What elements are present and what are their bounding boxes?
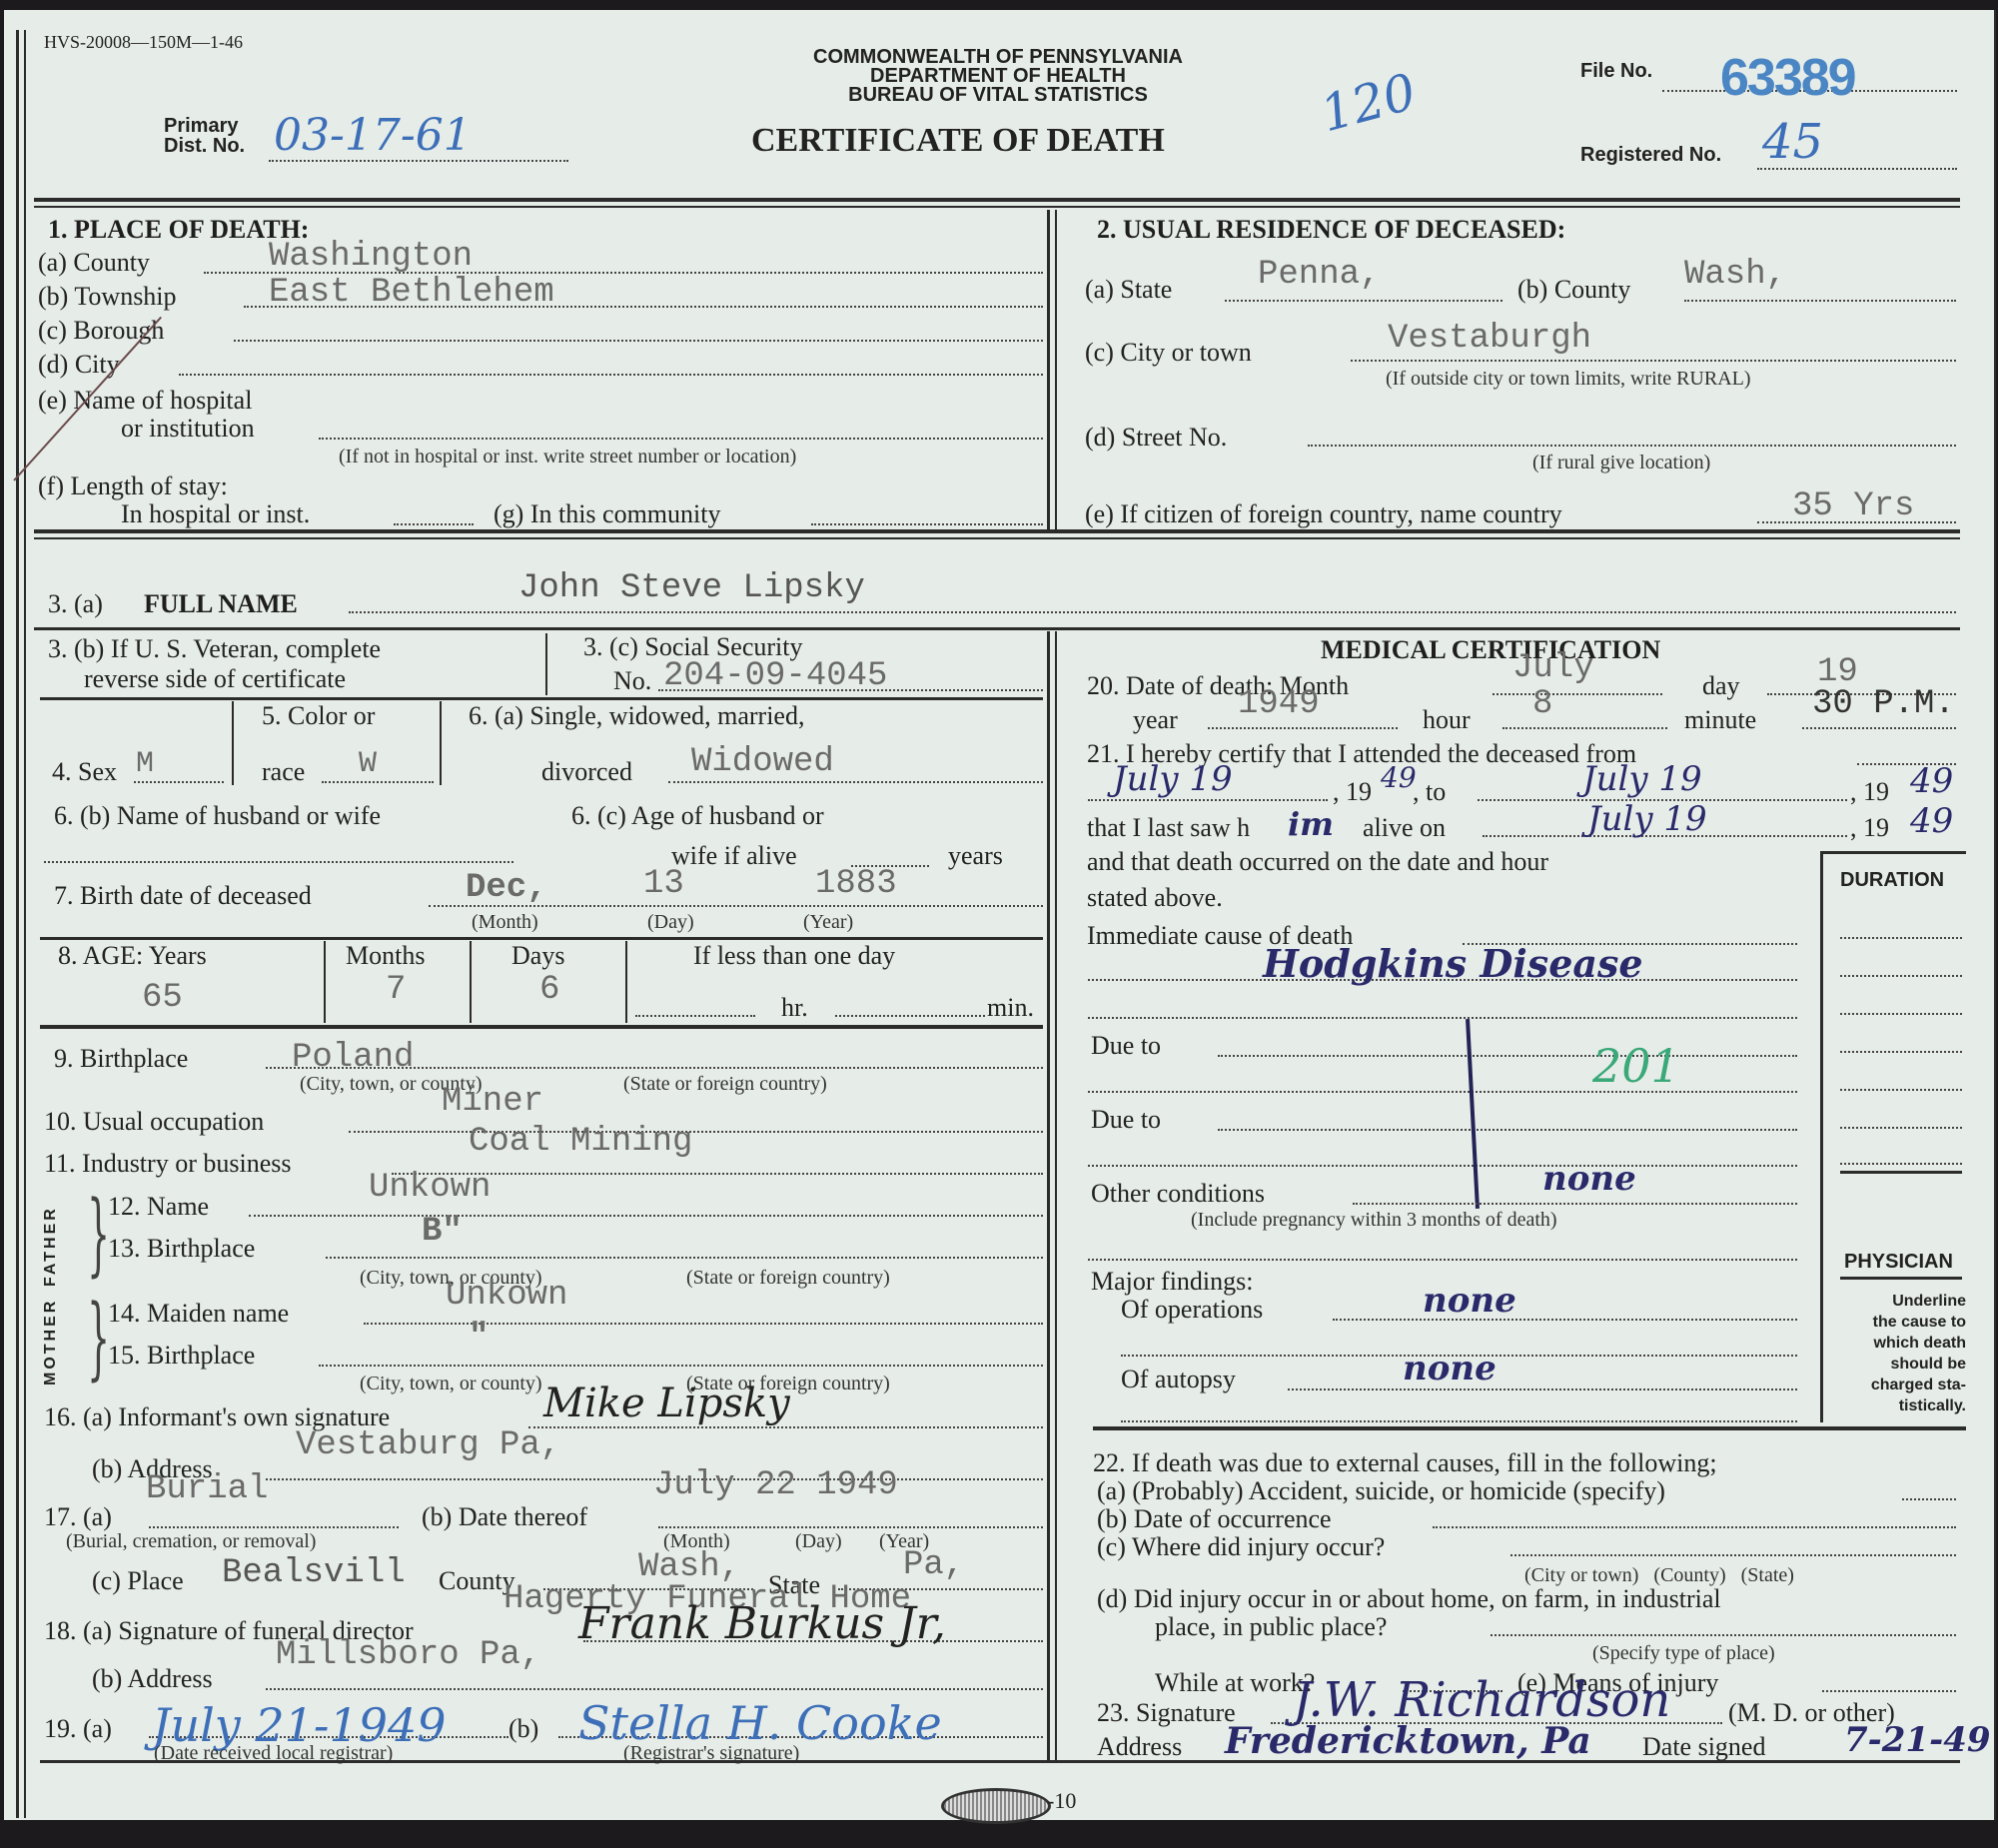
death-minute-value[interactable]: 30 P.M. (1812, 685, 1955, 723)
duration-field[interactable] (1840, 975, 1962, 977)
due-to-2-field[interactable] (1218, 1129, 1797, 1131)
birth-month[interactable]: Dec, (466, 869, 547, 907)
citizen-country-value[interactable]: 35 Yrs (1792, 487, 1914, 525)
death-certificate: HVS-20008—150M—1-46 COMMONWEALTH OF PENN… (4, 10, 1996, 1820)
file-no-label: File No. (1580, 60, 1652, 83)
pronoun-value[interactable]: im (1288, 805, 1334, 843)
father-brace-icon: } (87, 1185, 110, 1285)
means-of-injury-field[interactable] (1822, 1690, 1956, 1692)
age-days-value[interactable]: 6 (539, 971, 559, 1009)
external-d-field[interactable] (1491, 1634, 1956, 1636)
right-border (1994, 10, 1996, 1820)
marital-status-value[interactable]: Widowed (691, 743, 834, 781)
date-signed-value[interactable]: 7-21-49 (1844, 1720, 1991, 1760)
union-label-number: -10 (1047, 1788, 1076, 1814)
disposal-value[interactable]: Burial (146, 1470, 268, 1508)
burial-place-value[interactable]: Bealsvill (222, 1554, 406, 1592)
full-name-value[interactable]: John Steve Lipsky (518, 569, 865, 607)
father-name-value[interactable]: Unkown (369, 1169, 491, 1207)
birth-day[interactable]: 13 (643, 865, 684, 903)
cause-code-value: 201 (1592, 1039, 1680, 1093)
death-hour-value[interactable]: 8 (1532, 685, 1552, 723)
age-minutes-field[interactable] (835, 1015, 985, 1017)
duration-field[interactable] (1840, 1013, 1962, 1015)
residence-state[interactable]: Penna, (1258, 256, 1380, 294)
death-month-value[interactable]: July (1512, 649, 1594, 687)
informant-address-value[interactable]: Vestaburg Pa, (296, 1426, 560, 1464)
death-year-value[interactable]: 1949 (1238, 685, 1320, 723)
father-birthplace-value[interactable]: B" (422, 1213, 463, 1251)
form-code: HVS-20008—150M—1-46 (44, 32, 243, 53)
physician-note: Underline the cause to which death shoul… (1840, 1291, 1966, 1416)
duration-heading: DURATION (1840, 869, 1944, 892)
age-years-value[interactable]: 65 (142, 979, 183, 1017)
disposal-date-value[interactable]: July 22 1949 (653, 1466, 898, 1504)
external-c-field[interactable] (1510, 1554, 1956, 1556)
primary-dist-label: Primary Dist. No. (164, 116, 245, 156)
stay-community-field[interactable] (811, 523, 1043, 525)
birth-year[interactable]: 1883 (815, 865, 897, 903)
left-border-inner (24, 30, 26, 1818)
hospital-field[interactable] (319, 438, 1043, 440)
external-b-field[interactable] (1433, 1526, 1956, 1528)
residence-city[interactable]: Vestaburgh (1388, 320, 1591, 358)
borough-field[interactable] (234, 340, 1043, 342)
immediate-cause-value[interactable]: Hodgkins Disease (1263, 941, 1643, 986)
duration-field[interactable] (1840, 937, 1962, 939)
mother-brace-icon: } (87, 1289, 110, 1388)
ssn-value[interactable]: 204-09-4045 (663, 657, 887, 695)
spouse-name-field[interactable] (44, 861, 513, 863)
attended-from-value[interactable]: July 19 (1113, 759, 1233, 799)
age-hours-field[interactable] (635, 1015, 755, 1017)
other-conditions-value[interactable]: none (1542, 1159, 1636, 1199)
registered-no-label: Registered No. (1580, 144, 1721, 167)
stay-hospital-field[interactable] (394, 523, 474, 525)
residence-county[interactable]: Wash, (1684, 256, 1786, 294)
sex-value[interactable]: M (136, 747, 154, 781)
mother-side-label: MOTHER (42, 1297, 60, 1386)
county-of-death[interactable]: Washington (269, 238, 473, 276)
agency-line-3: BUREAU OF VITAL STATISTICS (773, 84, 1223, 107)
physician-address-value[interactable]: Fredericktown, Pa (1225, 1720, 1591, 1762)
autopsy-value[interactable]: none (1403, 1349, 1497, 1388)
burial-state-value[interactable]: Pa, (903, 1546, 964, 1584)
operations-value[interactable]: none (1423, 1281, 1516, 1321)
race-value[interactable]: W (359, 747, 377, 781)
attended-to-value[interactable]: July 19 (1582, 759, 1702, 799)
residence-heading: 2. USUAL RESIDENCE OF DECEASED: (1097, 215, 1565, 245)
due-to-1-field[interactable] (1218, 1055, 1797, 1057)
file-no-value[interactable]: 63389 (1720, 48, 1855, 108)
father-side-label: FATHER (42, 1202, 60, 1292)
mother-birthplace-value[interactable]: " (469, 1319, 489, 1357)
age-months-value[interactable]: 7 (386, 971, 406, 1009)
page-title: CERTIFICATE OF DEATH (751, 122, 1165, 160)
left-border (16, 30, 19, 1818)
pen-line-mark (1466, 1019, 1480, 1209)
medical-heading: MEDICAL CERTIFICATION (1321, 635, 1660, 665)
township-of-death[interactable]: East Bethlehem (269, 274, 554, 312)
funeral-director-signature[interactable]: Frank Burkus Jr, (578, 1598, 946, 1649)
duration-field[interactable] (1840, 1051, 1962, 1053)
union-bug-icon (941, 1788, 1051, 1824)
primary-dist-value[interactable]: 03-17-61 (274, 110, 472, 161)
last-saw-value[interactable]: July 19 (1587, 799, 1707, 839)
industry-value[interactable]: Coal Mining (469, 1123, 692, 1161)
duration-field[interactable] (1840, 1163, 1962, 1165)
external-a-field[interactable] (1902, 1498, 1956, 1500)
mother-maiden-value[interactable]: Unkown (446, 1277, 567, 1315)
physician-heading: PHYSICIAN (1844, 1251, 1953, 1274)
duration-field[interactable] (1840, 1089, 1962, 1091)
city-field[interactable] (179, 374, 1043, 376)
funeral-address-value[interactable]: Millsboro Pa, (276, 1636, 540, 1674)
occupation-value[interactable]: Miner (442, 1083, 543, 1121)
registered-no-value[interactable]: 45 (1762, 114, 1823, 170)
duration-field[interactable] (1840, 1127, 1962, 1129)
informant-signature[interactable]: Mike Lipsky (543, 1381, 790, 1426)
birthplace-value[interactable]: Poland (292, 1039, 414, 1077)
margin-note: 120 (1315, 63, 1422, 144)
residence-street-field[interactable] (1308, 445, 1956, 447)
